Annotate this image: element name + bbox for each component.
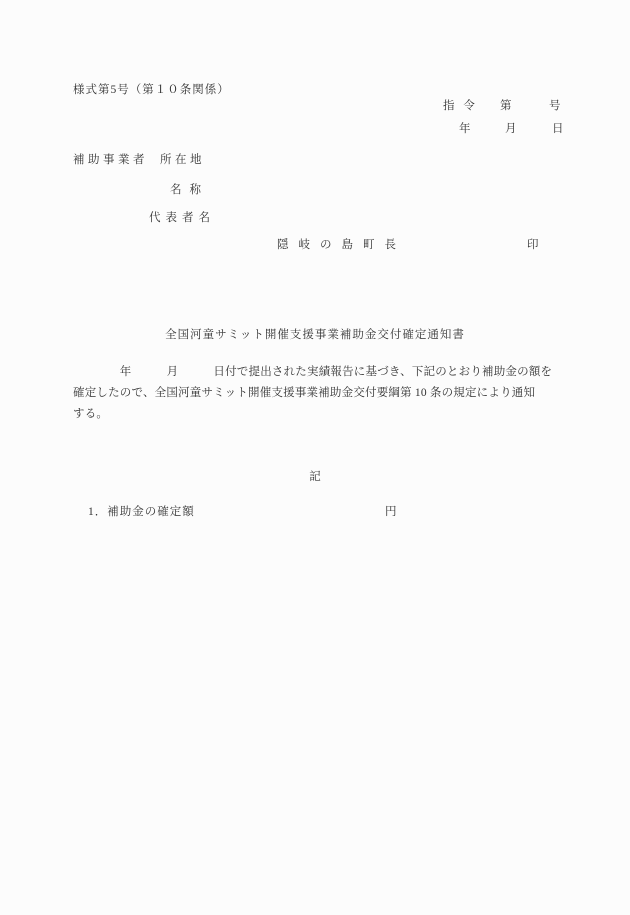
subsidy-amount-unit-yen: 円 (385, 507, 397, 519)
document-page: 様式第5号（第１０条関係） 指 令 第 号 年 月 日 補助事業者 所在地 名称… (0, 0, 630, 915)
document-title: 全国河童サミット開催支援事業補助金交付確定通知書 (0, 330, 630, 342)
directive-number-suffix: 号 (549, 101, 561, 113)
body-line: する。 (73, 404, 559, 425)
body-paragraph: 年 月 日付で提出された実績報告に基づき、下記のとおり補助金の額を 確定したので… (73, 362, 559, 425)
subsidy-amount-label: 1．補助金の確定額 (88, 507, 195, 519)
date-day-label: 日 (552, 124, 564, 136)
form-number: 様式第5号（第１０条関係） (73, 85, 230, 97)
body-line: 年 月 日付で提出された実績報告に基づき、下記のとおり補助金の額を (73, 362, 559, 383)
recipient-representative-label: 代表者名 (149, 213, 215, 225)
issuer-title: 隠岐の島町長 (277, 240, 406, 252)
kiri-marker: 記 (0, 472, 630, 484)
date-year-label: 年 (459, 124, 471, 136)
directive-number-prefix: 第 (500, 101, 512, 113)
seal-placeholder: 印 (527, 240, 539, 252)
body-line: 確定したので、全国河童サミット開催支援事業補助金交付要綱第 10 条の規定により… (73, 383, 559, 404)
recipient-label: 補助事業者 (73, 155, 148, 167)
directive-label: 指 令 (443, 101, 478, 113)
recipient-address-label: 所在地 (160, 155, 205, 167)
date-month-label: 月 (505, 124, 517, 136)
recipient-name-label: 名称 (170, 185, 209, 197)
